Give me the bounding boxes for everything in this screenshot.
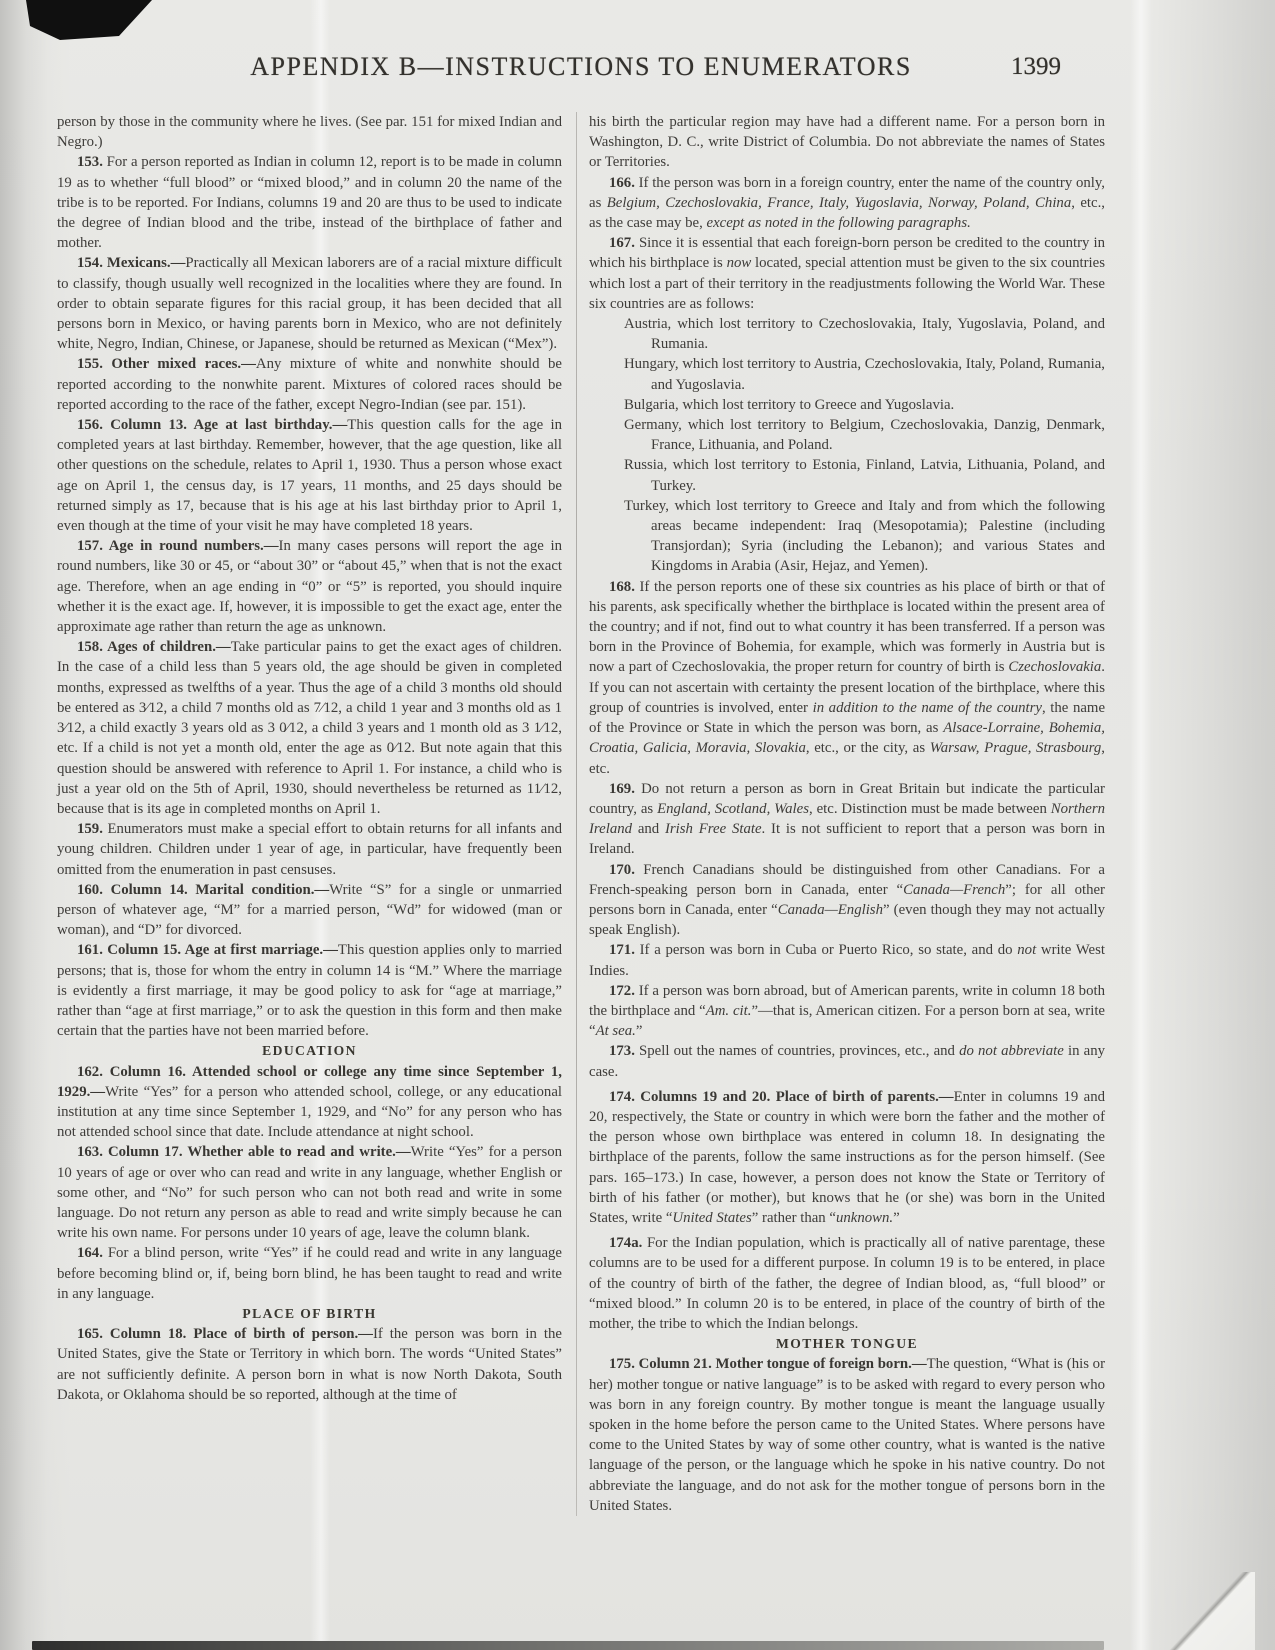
section-heading: PLACE OF BIRTH (57, 1304, 562, 1324)
paragraph: 162. Column 16. Attended school or colle… (57, 1062, 562, 1143)
paragraph: 157. Age in round numbers.—In many cases… (57, 536, 562, 637)
paragraph: 161. Column 15. Age at first marriage.—T… (57, 940, 562, 1041)
paragraph: 163. Column 17. Whether able to read and… (57, 1142, 562, 1243)
bottom-edge-shadow (32, 1641, 1104, 1650)
page-title: APPENDIX B—INSTRUCTIONS TO ENUMERATORS (57, 52, 1105, 82)
paragraph: 168. If the person reports one of these … (589, 577, 1105, 779)
paragraph: 172. If a person was born abroad, but of… (589, 981, 1105, 1042)
paragraph: 156. Column 13. Age at last birthday.—Th… (57, 415, 562, 536)
paragraph: 166. If the person was born in a foreign… (589, 173, 1105, 234)
list-item: Germany, which lost territory to Belgium… (651, 415, 1105, 455)
scanned-page: APPENDIX B—INSTRUCTIONS TO ENUMERATORS 1… (0, 0, 1275, 1650)
paragraph: 164. For a blind person, write “Yes” if … (57, 1243, 562, 1304)
paragraph: 159. Enumerators must make a special eff… (57, 819, 562, 880)
page-header: APPENDIX B—INSTRUCTIONS TO ENUMERATORS 1… (57, 52, 1105, 98)
paragraph: 155. Other mixed races.—Any mixture of w… (57, 354, 562, 415)
paragraph: 154. Mexicans.—Practically all Mexican l… (57, 253, 562, 354)
paragraph: 160. Column 14. Marital condition.—Write… (57, 880, 562, 941)
paragraph: person by those in the community where h… (57, 112, 562, 152)
list-item: Turkey, which lost territory to Greece a… (651, 496, 1105, 577)
paragraph: 175. Column 21. Mother tongue of foreign… (589, 1354, 1105, 1516)
paragraph: 158. Ages of children.—Take particular p… (57, 637, 562, 819)
two-column-body: person by those in the community where h… (57, 112, 1105, 1516)
top-left-ink-mark (0, 0, 170, 42)
column-divider (576, 112, 577, 1516)
list-item: Hungary, which lost territory to Austria… (651, 354, 1105, 394)
page-fold-corner (1169, 1572, 1255, 1650)
paragraph: 170. French Canadians should be distingu… (589, 860, 1105, 941)
paragraph: 165. Column 18. Place of birth of person… (57, 1324, 562, 1405)
paragraph: 173. Spell out the names of countries, p… (589, 1041, 1105, 1081)
paragraph: 153. For a person reported as Indian in … (57, 152, 562, 253)
page-content: APPENDIX B—INSTRUCTIONS TO ENUMERATORS 1… (57, 52, 1105, 1516)
paragraph: 174. Columns 19 and 20. Place of birth o… (589, 1087, 1105, 1228)
paragraph: 167. Since it is essential that each for… (589, 233, 1105, 314)
list-item: Austria, which lost territory to Czechos… (651, 314, 1105, 354)
left-column: person by those in the community where h… (57, 112, 562, 1516)
page-number: 1399 (1011, 53, 1061, 81)
paragraph: 171. If a person was born in Cuba or Pue… (589, 940, 1105, 980)
paragraph: 174a. For the Indian population, which i… (589, 1233, 1105, 1334)
list-item: Russia, which lost territory to Estonia,… (651, 455, 1105, 495)
list-item: Bulgaria, which lost territory to Greece… (651, 395, 1105, 415)
paragraph: 169. Do not return a person as born in G… (589, 779, 1105, 860)
paragraph: his birth the particular region may have… (589, 112, 1105, 173)
right-column: his birth the particular region may have… (589, 112, 1105, 1516)
section-heading: MOTHER TONGUE (589, 1334, 1105, 1354)
section-heading: EDUCATION (57, 1041, 562, 1061)
